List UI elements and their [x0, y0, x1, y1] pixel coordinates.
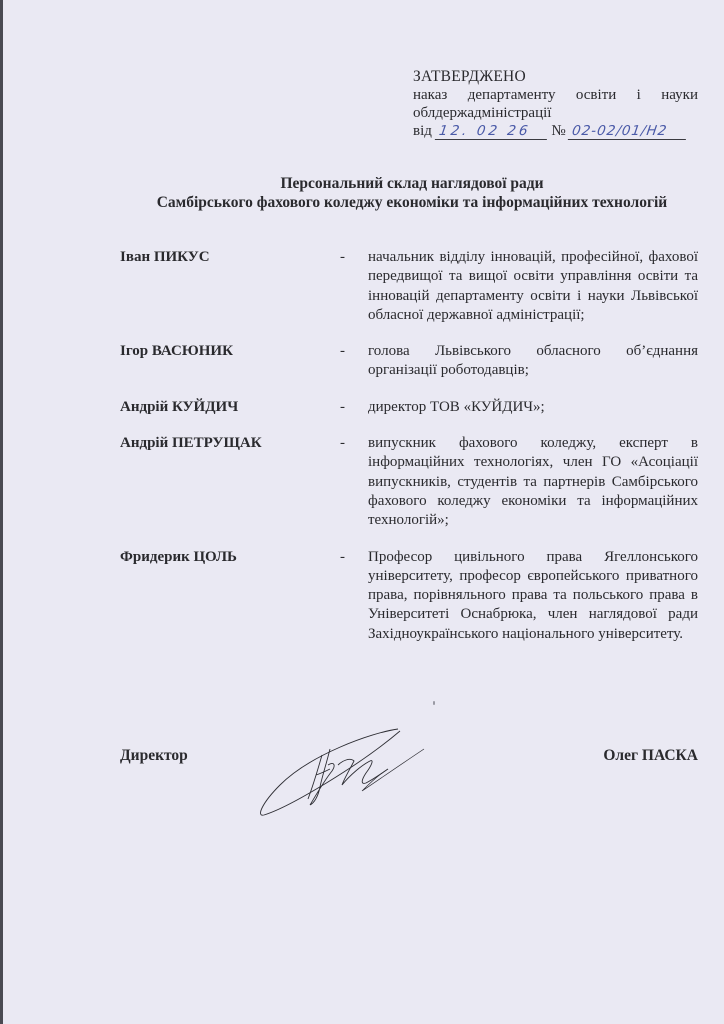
handwritten-date: 12. 02 26	[434, 123, 548, 140]
approval-order-line: наказ департаменту освіти і науки	[413, 86, 698, 104]
member-dash: -	[340, 398, 368, 417]
title-line-1: Персональний склад наглядової ради	[100, 174, 724, 193]
member-description: директор ТОВ «КУЙДИЧ»;	[368, 398, 698, 417]
title-line-2: Самбірського фахового коледжу економіки …	[100, 193, 724, 212]
member-dash: -	[340, 248, 368, 325]
member-description: начальник відділу інновацій, професійної…	[368, 248, 698, 325]
approval-block: ЗАТВЕРДЖЕНО наказ департаменту освіти і …	[413, 68, 698, 142]
member-row: Андрій КУЙДИЧ - директор ТОВ «КУЙДИЧ»;	[120, 398, 698, 417]
signer-role: Директор	[120, 747, 188, 765]
member-name: Іван ПИКУС	[120, 248, 340, 325]
document-title: Персональний склад наглядової ради Самбі…	[100, 174, 724, 212]
member-row: Ігор ВАСЮНИК - голова Львівського обласн…	[120, 342, 698, 381]
date-prefix: від	[413, 123, 432, 139]
member-dash: -	[340, 342, 368, 381]
member-name: Фридерик ЦОЛЬ	[120, 548, 340, 644]
members-list: Іван ПИКУС - начальник відділу інновацій…	[120, 248, 698, 644]
handwritten-order-number: 02-02/01/Н2	[568, 123, 688, 140]
scan-edge	[0, 0, 3, 1024]
member-row: Андрій ПЕТРУЩАК - випускник фахового кол…	[120, 434, 698, 530]
member-description: Професор цивільного права Ягеллонського …	[368, 548, 698, 644]
member-row: Іван ПИКУС - начальник відділу інновацій…	[120, 248, 698, 325]
approval-reference: від 12. 02 26 № 02-02/01/Н2	[413, 122, 698, 142]
member-description: випускник фахового коледжу, експерт в ін…	[368, 434, 698, 530]
member-name: Андрій КУЙДИЧ	[120, 398, 340, 417]
approval-administration-line: облдержадміністрації	[413, 104, 698, 122]
member-row: Фридерик ЦОЛЬ - Професор цивільного прав…	[120, 548, 698, 644]
number-prefix: №	[551, 123, 565, 139]
member-dash: -	[340, 548, 368, 644]
member-dash: -	[340, 434, 368, 530]
member-description: голова Львівського обласного об’єднання …	[368, 342, 698, 381]
handwritten-signature-icon	[250, 725, 450, 825]
member-name: Ігор ВАСЮНИК	[120, 342, 340, 381]
member-name: Андрій ПЕТРУЩАК	[120, 434, 340, 530]
signer-name: Олег ПАСКА	[603, 747, 698, 765]
approval-stamp: ЗАТВЕРДЖЕНО	[413, 68, 698, 86]
scan-speck	[433, 701, 435, 705]
